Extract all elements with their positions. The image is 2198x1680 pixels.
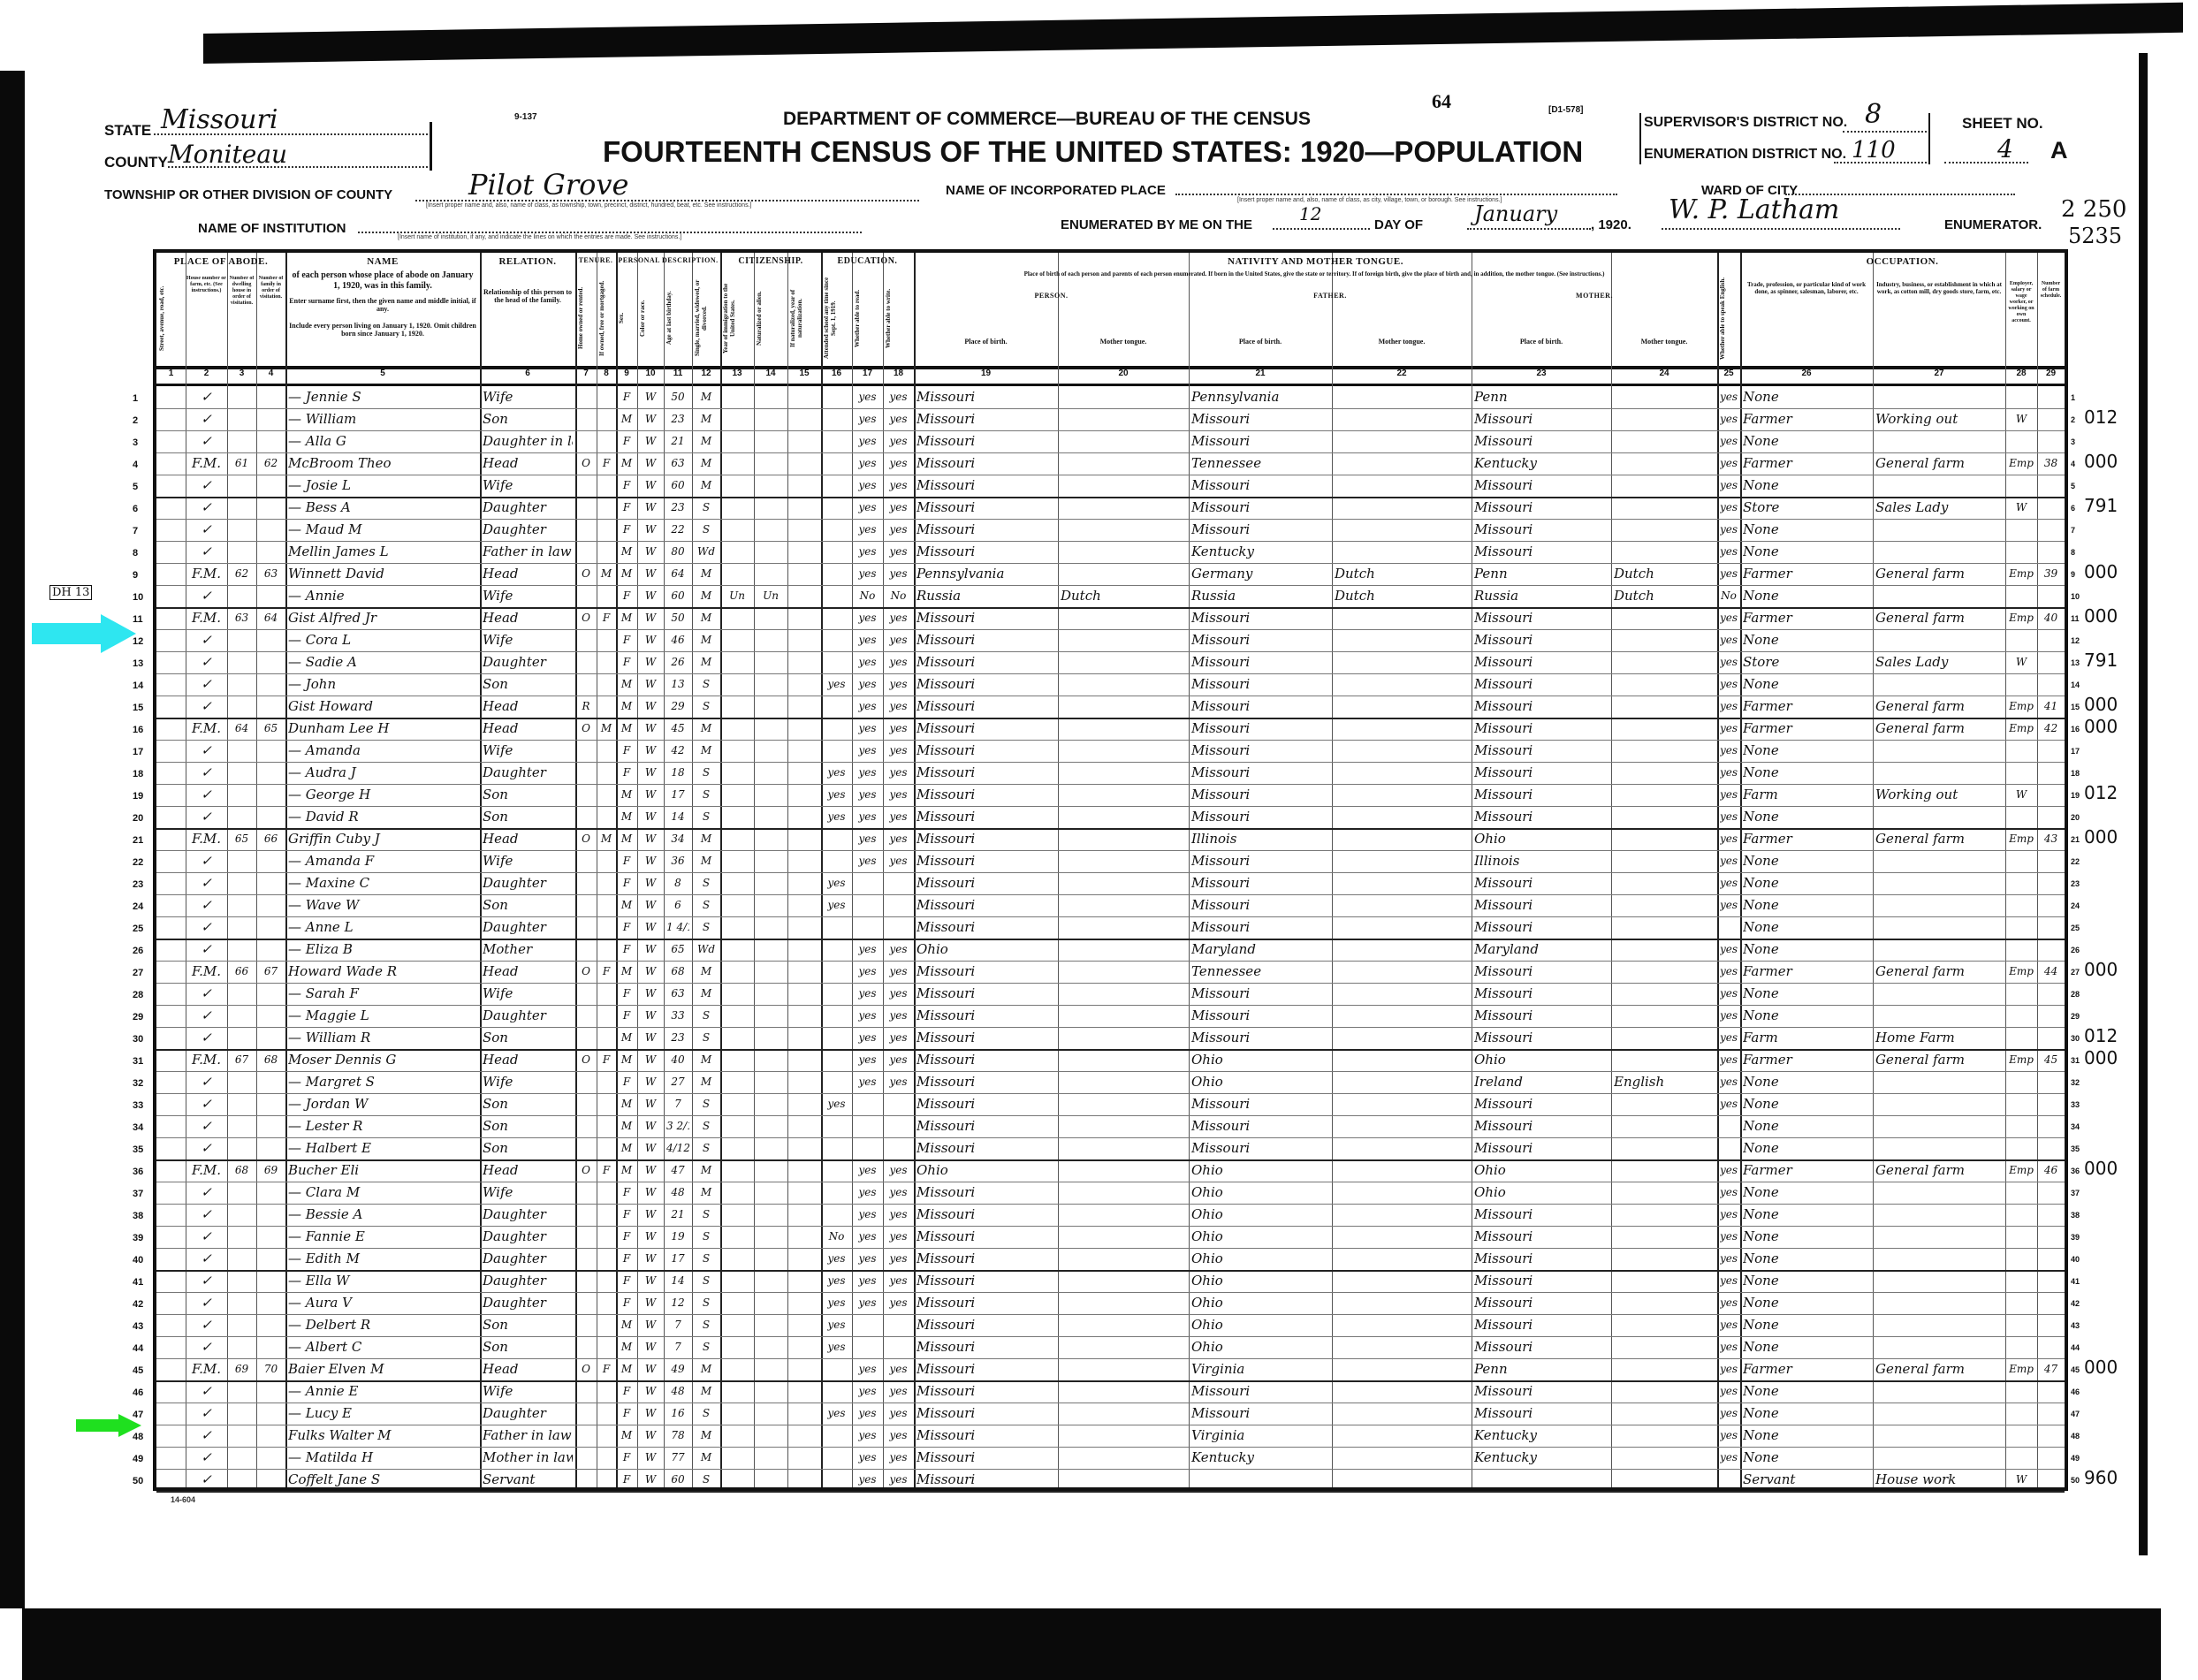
table-row: ✓— Maggie LDaughterFW33SyesyesMissouriMi… bbox=[156, 1005, 2065, 1028]
cell-c2: F.M. bbox=[188, 608, 224, 628]
column-number: 27 bbox=[1873, 369, 2005, 378]
cell-sex: M bbox=[619, 1094, 635, 1114]
cell-rel: Daughter bbox=[483, 1249, 573, 1269]
cell-write: yes bbox=[886, 608, 911, 628]
column-number: 29 bbox=[2037, 369, 2065, 378]
cell-fpob: Missouri bbox=[1191, 1381, 1329, 1402]
cell-c2: ✓ bbox=[188, 1094, 224, 1114]
header-citizenship: CITIZENSHIP. bbox=[720, 256, 821, 266]
cell-name: Coffelt Jane S bbox=[288, 1470, 477, 1490]
cell-rel: Wife bbox=[483, 741, 573, 761]
cell-farm: 43 bbox=[2040, 829, 2062, 849]
margin-occupation-code: 791 bbox=[2084, 650, 2118, 671]
cell-occ: Store bbox=[1743, 652, 1870, 673]
cell-sex: F bbox=[619, 939, 635, 960]
cell-eng: yes bbox=[1720, 962, 1738, 982]
cell-pob: Missouri bbox=[916, 851, 1055, 871]
header-col2: House number or farm, etc. (See instruct… bbox=[186, 276, 226, 294]
cell-c16: yes bbox=[824, 807, 849, 827]
table-row: F.M.6566Griffin Cuby JHeadOMMW34MyesyesM… bbox=[156, 828, 2065, 851]
line-number-left: 49 bbox=[133, 1454, 143, 1464]
cell-read: yes bbox=[855, 718, 880, 739]
cell-name: Gist Howard bbox=[288, 696, 477, 717]
cell-eng: yes bbox=[1720, 409, 1738, 430]
cell-pob: Missouri bbox=[916, 917, 1055, 938]
cell-eng: yes bbox=[1720, 785, 1738, 805]
line-number-left: 19 bbox=[133, 791, 143, 802]
cell-ms: M bbox=[695, 1160, 718, 1181]
cell-pob: Missouri bbox=[916, 1448, 1055, 1468]
cell-name: — Alla G bbox=[288, 431, 477, 452]
cell-race: W bbox=[640, 1094, 661, 1114]
cell-rel: Son bbox=[483, 1138, 573, 1159]
cell-fpob: Missouri bbox=[1191, 475, 1329, 496]
cell-age: 17 bbox=[666, 1249, 689, 1269]
cell-mpob: Missouri bbox=[1474, 431, 1609, 452]
cell-occ: Farmer bbox=[1743, 453, 1870, 474]
cell-ms: M bbox=[695, 1381, 718, 1402]
cell-occ: Farmer bbox=[1743, 696, 1870, 717]
column-number: 22 bbox=[1332, 369, 1472, 378]
line-number-left: 24 bbox=[133, 901, 143, 912]
supervisor-value: 8 bbox=[1865, 99, 1882, 130]
cell-occ: Farmer bbox=[1743, 718, 1870, 739]
cell-write: yes bbox=[886, 1425, 911, 1446]
cell-c4: 65 bbox=[259, 718, 283, 739]
cell-emp: Emp bbox=[2008, 564, 2034, 584]
cell-c2: ✓ bbox=[188, 1028, 224, 1048]
cell-read: yes bbox=[855, 630, 880, 650]
cell-ms: S bbox=[695, 1403, 718, 1424]
cell-name: — Amanda bbox=[288, 741, 477, 761]
cell-fpob: Missouri bbox=[1191, 1006, 1329, 1026]
enumerated-day: 12 bbox=[1299, 203, 1321, 224]
table-row: ✓— Edith MDaughterFW17SyesyesyesMissouri… bbox=[156, 1248, 2065, 1272]
cell-race: W bbox=[640, 873, 661, 893]
cell-c16: yes bbox=[824, 895, 849, 916]
column-number: 12 bbox=[692, 369, 720, 378]
cell-fpob: Missouri bbox=[1191, 718, 1329, 739]
table-row: ✓— William RSonMW23SyesyesMissouriMissou… bbox=[156, 1027, 2065, 1051]
cell-pob: Missouri bbox=[916, 785, 1055, 805]
cell-name: Gist Alfred Jr bbox=[288, 608, 477, 628]
cell-age: 14 bbox=[666, 1271, 689, 1291]
line-number-left: 33 bbox=[133, 1100, 143, 1111]
cell-rel: Mother bbox=[483, 939, 573, 960]
cell-eng: yes bbox=[1720, 1293, 1738, 1313]
cell-c7: O bbox=[578, 718, 594, 739]
line-number-right: 49 bbox=[2071, 1454, 2080, 1463]
cell-pob: Missouri bbox=[916, 674, 1055, 695]
line-number-left: 25 bbox=[133, 924, 143, 934]
cell-farm: 39 bbox=[2040, 564, 2062, 584]
line-number-right: 42 bbox=[2071, 1299, 2080, 1308]
cell-race: W bbox=[640, 1182, 661, 1203]
cell-c7: O bbox=[578, 962, 594, 982]
cell-sex: F bbox=[619, 1448, 635, 1468]
cell-eng: yes bbox=[1720, 1271, 1738, 1291]
cell-pob: Missouri bbox=[916, 962, 1055, 982]
cell-occ: None bbox=[1743, 1403, 1870, 1424]
margin-occupation-code: 000 bbox=[2084, 826, 2118, 848]
cell-race: W bbox=[640, 1116, 661, 1136]
cell-c7: O bbox=[578, 453, 594, 474]
cell-write: yes bbox=[886, 1050, 911, 1070]
cell-age: 47 bbox=[666, 1160, 689, 1181]
cell-eng: yes bbox=[1720, 895, 1738, 916]
cell-pob: Missouri bbox=[916, 1359, 1055, 1380]
cell-name: — Maggie L bbox=[288, 1006, 477, 1026]
cell-emp: Emp bbox=[2008, 829, 2034, 849]
cell-sex: M bbox=[619, 829, 635, 849]
line-number-left: 46 bbox=[133, 1387, 143, 1398]
cell-sex: F bbox=[619, 586, 635, 606]
cell-fpob: Illinois bbox=[1191, 829, 1329, 849]
cell-rel: Daughter bbox=[483, 763, 573, 783]
cell-race: W bbox=[640, 718, 661, 739]
cell-read: yes bbox=[855, 763, 880, 783]
table-row: ✓— Clara MWifeFW48MyesyesMissouriOhioOhi… bbox=[156, 1182, 2065, 1205]
cell-age: 21 bbox=[666, 1205, 689, 1225]
cell-age: 23 bbox=[666, 498, 689, 518]
line-number-right: 11 bbox=[2071, 614, 2080, 623]
cell-occ: None bbox=[1743, 1205, 1870, 1225]
cell-mpob: Missouri bbox=[1474, 652, 1609, 673]
cell-write: yes bbox=[886, 1182, 911, 1203]
cell-race: W bbox=[640, 498, 661, 518]
cell-occ: Farm bbox=[1743, 1028, 1870, 1048]
cell-mpob: Missouri bbox=[1474, 763, 1609, 783]
cell-ms: M bbox=[695, 630, 718, 650]
cell-ms: M bbox=[695, 564, 718, 584]
cell-eng: yes bbox=[1720, 1315, 1738, 1335]
header-personal-description: PERSONAL DESCRIPTION. bbox=[616, 256, 720, 264]
cell-pob: Missouri bbox=[916, 718, 1055, 739]
line-number-left: 7 bbox=[133, 526, 138, 536]
line-number-right: 23 bbox=[2071, 879, 2080, 888]
cell-rel: Wife bbox=[483, 630, 573, 650]
cell-ms: S bbox=[695, 1315, 718, 1335]
line-number-right: 37 bbox=[2071, 1189, 2080, 1197]
cell-race: W bbox=[640, 674, 661, 695]
cell-c2: ✓ bbox=[188, 1072, 224, 1092]
cell-write: yes bbox=[886, 1403, 911, 1424]
cell-race: W bbox=[640, 1028, 661, 1048]
county-underline bbox=[168, 166, 428, 168]
header-col29: Number of farm schedule. bbox=[2039, 281, 2063, 300]
cell-c2: ✓ bbox=[188, 1315, 224, 1335]
table-row: ✓— Maud MDaughterFW22SyesyesMissouriMiss… bbox=[156, 519, 2065, 542]
cell-pob: Missouri bbox=[916, 475, 1055, 496]
cell-mpob: Missouri bbox=[1474, 1315, 1609, 1335]
scan-border-left bbox=[0, 71, 25, 1608]
cell-c4: 66 bbox=[259, 829, 283, 849]
cell-read: yes bbox=[855, 962, 880, 982]
cell-read: yes bbox=[855, 851, 880, 871]
cell-fpob: Kentucky bbox=[1191, 1448, 1329, 1468]
header-col12: Single, married, widowed, or divorced. bbox=[694, 274, 719, 362]
cell-pob: Russia bbox=[916, 586, 1055, 606]
cell-name: — Cora L bbox=[288, 630, 477, 650]
cell-ms: S bbox=[695, 696, 718, 717]
column-number: 13 bbox=[720, 369, 754, 378]
cell-mpob: Missouri bbox=[1474, 785, 1609, 805]
cell-pob: Missouri bbox=[916, 1182, 1055, 1203]
line-number-left: 9 bbox=[133, 570, 138, 581]
cell-occ: None bbox=[1743, 1293, 1870, 1313]
cell-ms: S bbox=[695, 1470, 718, 1490]
cell-occ: None bbox=[1743, 586, 1870, 606]
cell-rel: Daughter bbox=[483, 1006, 573, 1026]
cell-eng: yes bbox=[1720, 873, 1738, 893]
cell-eng: yes bbox=[1720, 1205, 1738, 1225]
header-col18: Whether able to write. bbox=[885, 274, 912, 362]
cell-c7: O bbox=[578, 1359, 594, 1380]
cell-age: 45 bbox=[666, 718, 689, 739]
column-number: 9 bbox=[616, 369, 637, 378]
cell-occ: None bbox=[1743, 895, 1870, 916]
enumerator-name: W. P. Latham bbox=[1669, 194, 1839, 225]
cell-read: yes bbox=[855, 652, 880, 673]
cell-race: W bbox=[640, 1160, 661, 1181]
cell-name: — Clara M bbox=[288, 1182, 477, 1203]
cell-name: Winnett David bbox=[288, 564, 477, 584]
state-county-bracket bbox=[430, 122, 432, 171]
cell-write: yes bbox=[886, 564, 911, 584]
line-number-left: 18 bbox=[133, 769, 143, 779]
cell-ms: M bbox=[695, 453, 718, 474]
header-pob: Place of birth. bbox=[914, 338, 1058, 346]
cell-fpob: Missouri bbox=[1191, 1094, 1329, 1114]
margin-occupation-code: 000 bbox=[2084, 605, 2118, 627]
table-body: ✓— Jennie SWifeFW50MyesyesMissouriPennsy… bbox=[156, 386, 2065, 1487]
cell-occ: None bbox=[1743, 1138, 1870, 1159]
cell-read: yes bbox=[855, 1381, 880, 1402]
cell-age: 18 bbox=[666, 763, 689, 783]
line-number-right: 4 bbox=[2071, 460, 2075, 468]
cell-write: yes bbox=[886, 1006, 911, 1026]
cell-rel: Son bbox=[483, 1315, 573, 1335]
cell-ms: S bbox=[695, 498, 718, 518]
cell-emp: Emp bbox=[2008, 1160, 2034, 1181]
cell-name: — Jennie S bbox=[288, 387, 477, 407]
cell-occ: None bbox=[1743, 387, 1870, 407]
cell-c2: ✓ bbox=[188, 785, 224, 805]
cell-read: yes bbox=[855, 807, 880, 827]
cell-c2: ✓ bbox=[188, 1337, 224, 1357]
cell-age: 7 bbox=[666, 1094, 689, 1114]
cell-race: W bbox=[640, 807, 661, 827]
cell-mpob: Missouri bbox=[1474, 873, 1609, 893]
form-number: 9-137 bbox=[514, 112, 537, 122]
line-number-left: 5 bbox=[133, 482, 138, 492]
cell-mpob: Kentucky bbox=[1474, 453, 1609, 474]
cell-age: 7 bbox=[666, 1337, 689, 1357]
cell-emp: Emp bbox=[2008, 453, 2034, 474]
cell-fpob: Missouri bbox=[1191, 1116, 1329, 1136]
margin-occupation-code: 000 bbox=[2084, 694, 2118, 715]
margin-occupation-code: 000 bbox=[2084, 1357, 2118, 1378]
enumerated-year: , 1920. bbox=[1591, 217, 1631, 232]
cell-c2: F.M. bbox=[188, 564, 224, 584]
cell-c2: F.M. bbox=[188, 453, 224, 474]
line-number-right: 38 bbox=[2071, 1211, 2080, 1220]
cell-race: W bbox=[640, 564, 661, 584]
column-number: 8 bbox=[597, 369, 616, 378]
line-number-right: 30 bbox=[2071, 1034, 2080, 1043]
cell-c2: ✓ bbox=[188, 939, 224, 960]
cell-occ: None bbox=[1743, 917, 1870, 938]
cell-age: 23 bbox=[666, 409, 689, 430]
cell-age: 48 bbox=[666, 1381, 689, 1402]
cell-occ: Farmer bbox=[1743, 1160, 1870, 1181]
cell-fpob: Missouri bbox=[1191, 696, 1329, 717]
cell-c2: ✓ bbox=[188, 696, 224, 717]
cell-mpob: Missouri bbox=[1474, 542, 1609, 562]
enumeration-value: 110 bbox=[1852, 137, 1896, 163]
cell-emp: W bbox=[2008, 652, 2034, 673]
cell-eng: yes bbox=[1720, 829, 1738, 849]
line-number-right: 6 bbox=[2071, 504, 2075, 513]
cell-ms: M bbox=[695, 718, 718, 739]
cell-read: yes bbox=[855, 1359, 880, 1380]
cell-eng: yes bbox=[1720, 387, 1738, 407]
cell-sex: M bbox=[619, 962, 635, 982]
cell-pob: Missouri bbox=[916, 873, 1055, 893]
cell-sex: M bbox=[619, 718, 635, 739]
line-number-right: 22 bbox=[2071, 857, 2080, 866]
column-number: 17 bbox=[852, 369, 883, 378]
cell-c16: yes bbox=[824, 674, 849, 695]
cell-race: W bbox=[640, 1249, 661, 1269]
cell-read: yes bbox=[855, 1470, 880, 1490]
table-row: ✓Mellin James LFather in lawMW80Wdyesyes… bbox=[156, 541, 2065, 564]
cell-occ: None bbox=[1743, 1182, 1870, 1203]
line-number-right: 45 bbox=[2071, 1365, 2080, 1374]
cell-c3: 61 bbox=[230, 453, 254, 474]
line-number-left: 41 bbox=[133, 1277, 143, 1288]
column-number: 4 bbox=[256, 369, 285, 378]
cell-c8: M bbox=[599, 564, 613, 584]
cell-occ: None bbox=[1743, 520, 1870, 540]
cell-pob: Missouri bbox=[916, 608, 1055, 628]
header-col4: Number of family in order of visitation. bbox=[257, 276, 285, 300]
cell-sex: F bbox=[619, 1072, 635, 1092]
cell-fpob: Ohio bbox=[1191, 1072, 1329, 1092]
header-col7: Home owned or rented. bbox=[577, 274, 595, 362]
header-mpob: Place of birth. bbox=[1472, 338, 1611, 346]
cell-age: 63 bbox=[666, 984, 689, 1004]
table-row: F.M.6263Winnett DavidHeadOMMW64MyesyesPe… bbox=[156, 563, 2065, 586]
cell-mpob: Missouri bbox=[1474, 718, 1609, 739]
cell-rel: Wife bbox=[483, 1072, 573, 1092]
cell-rel: Head bbox=[483, 1160, 573, 1181]
cell-c16: yes bbox=[824, 1293, 849, 1313]
cell-mpob: Missouri bbox=[1474, 1381, 1609, 1402]
cell-write: yes bbox=[886, 1249, 911, 1269]
cell-rel: Wife bbox=[483, 1182, 573, 1203]
census-title: FOURTEENTH CENSUS OF THE UNITED STATES: … bbox=[603, 135, 1583, 169]
cell-pob: Ohio bbox=[916, 939, 1055, 960]
header-col28: Employer, salary or wage worker, or work… bbox=[2007, 281, 2035, 324]
cell-sex: M bbox=[619, 1116, 635, 1136]
cell-ind: General farm bbox=[1875, 696, 2003, 717]
cell-race: W bbox=[640, 1050, 661, 1070]
cell-mpob: Kentucky bbox=[1474, 1425, 1609, 1446]
cell-ind: Home Farm bbox=[1875, 1028, 2003, 1048]
cell-ms: M bbox=[695, 1425, 718, 1446]
line-number-right: 10 bbox=[2071, 592, 2080, 601]
cell-race: W bbox=[640, 520, 661, 540]
line-number-left: 16 bbox=[133, 725, 143, 735]
cell-pob: Missouri bbox=[916, 1381, 1055, 1402]
cell-sex: M bbox=[619, 1359, 635, 1380]
cell-pob: Missouri bbox=[916, 652, 1055, 673]
column-number: 1 bbox=[156, 369, 186, 378]
cell-write: yes bbox=[886, 785, 911, 805]
table-row: ✓— George HSonMW17SyesyesyesMissouriMiss… bbox=[156, 784, 2065, 807]
cell-occ: None bbox=[1743, 1337, 1870, 1357]
cell-read: yes bbox=[855, 520, 880, 540]
cell-write: yes bbox=[886, 1359, 911, 1380]
line-number-left: 22 bbox=[133, 857, 143, 868]
line-number-right: 28 bbox=[2071, 990, 2080, 999]
cell-race: W bbox=[640, 1337, 661, 1357]
cell-eng: yes bbox=[1720, 1160, 1738, 1181]
cell-race: W bbox=[640, 1448, 661, 1468]
cell-c16: yes bbox=[824, 785, 849, 805]
header-nativity-sub: Place of birth of each person and parent… bbox=[925, 270, 1703, 277]
cell-ms: M bbox=[695, 1359, 718, 1380]
column-number: 24 bbox=[1611, 369, 1717, 378]
cell-c2: ✓ bbox=[188, 652, 224, 673]
cell-occ: None bbox=[1743, 851, 1870, 871]
cell-mpob: Ohio bbox=[1474, 1160, 1609, 1181]
table-row: ✓— Bessie ADaughterFW21SyesyesMissouriOh… bbox=[156, 1204, 2065, 1227]
line-number-right: 27 bbox=[2071, 968, 2080, 977]
cell-read: yes bbox=[855, 1227, 880, 1247]
cell-emp: W bbox=[2008, 785, 2034, 805]
cell-c4: 68 bbox=[259, 1050, 283, 1070]
column-number: 11 bbox=[664, 369, 692, 378]
cell-write: yes bbox=[886, 1205, 911, 1225]
cell-sex: F bbox=[619, 1403, 635, 1424]
cell-c2: ✓ bbox=[188, 984, 224, 1004]
cell-fpob: Virginia bbox=[1191, 1359, 1329, 1380]
cell-sex: F bbox=[619, 475, 635, 496]
cell-read: yes bbox=[855, 542, 880, 562]
cell-write: yes bbox=[886, 1381, 911, 1402]
margin-code-2: 5235 bbox=[2068, 224, 2122, 248]
cell-eng: yes bbox=[1720, 1425, 1738, 1446]
line-number-right: 47 bbox=[2071, 1410, 2080, 1418]
cell-occ: None bbox=[1743, 1072, 1870, 1092]
cell-race: W bbox=[640, 586, 661, 606]
cell-c2: ✓ bbox=[188, 586, 224, 606]
cell-race: W bbox=[640, 1205, 661, 1225]
column-number: 18 bbox=[883, 369, 914, 378]
table-row: F.M.6364Gist Alfred JrHeadOFMW50MyesyesM… bbox=[156, 607, 2065, 630]
cell-ind: Working out bbox=[1875, 409, 2003, 430]
cell-farm: 41 bbox=[2040, 696, 2062, 717]
table-row: ✓— Jennie SWifeFW50MyesyesMissouriPennsy… bbox=[156, 386, 2065, 409]
cell-c4: 62 bbox=[259, 453, 283, 474]
cell-eng: yes bbox=[1720, 630, 1738, 650]
header-relation-sub: Relationship of this person to the head … bbox=[483, 288, 572, 304]
cell-name: — Maxine C bbox=[288, 873, 477, 893]
table-row: ✓— Delbert RSonMW7SyesMissouriOhioMissou… bbox=[156, 1314, 2065, 1337]
cell-age: 60 bbox=[666, 586, 689, 606]
